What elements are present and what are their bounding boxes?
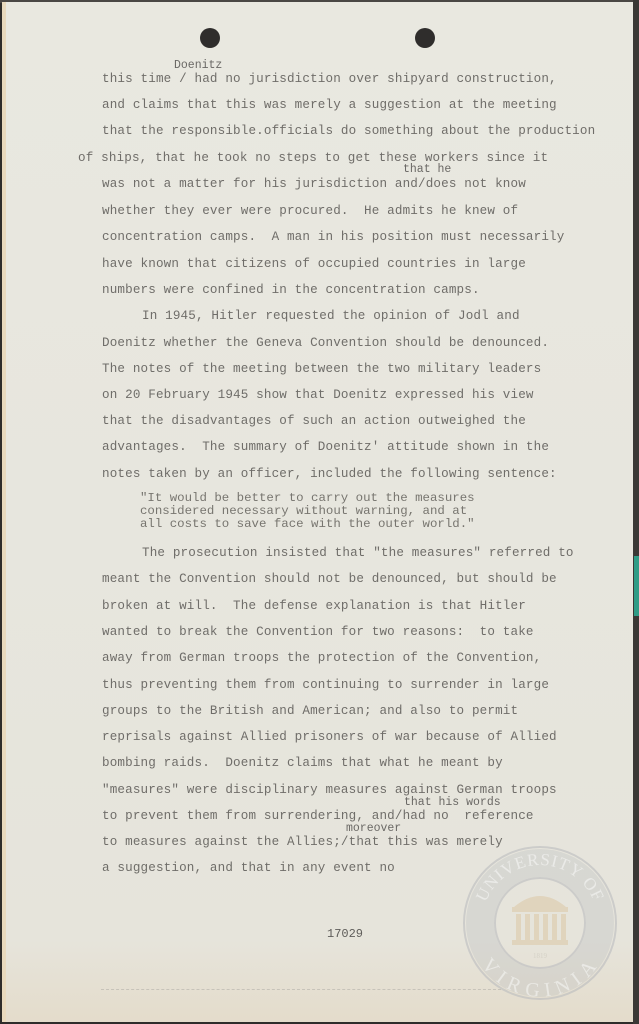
text-line: to prevent them from surrendering, and/h… <box>102 809 534 823</box>
text-line: wanted to break the Convention for two r… <box>102 625 534 639</box>
text-line: meant the Convention should not be denou… <box>102 572 557 586</box>
page-number: 17029 <box>327 927 363 941</box>
binder-hole-left <box>200 28 220 48</box>
scan-right-edge <box>633 0 639 1024</box>
document-page: Doenitz this time / had no jurisdiction … <box>2 2 633 1022</box>
university-seal-watermark: UNIVERSITY OF VIRGINIA 1819 <box>462 845 618 1001</box>
paragraph-start: In 1945, Hitler requested the opinion of… <box>142 309 520 323</box>
text-line: broken at will. The defense explanation … <box>102 599 526 613</box>
text-line: Doenitz whether the Geneva Convention sh… <box>102 336 549 350</box>
text-line: and claims that this was merely a sugges… <box>102 98 557 112</box>
text-line: bombing raids. Doenitz claims that what … <box>102 756 503 770</box>
text-line: of ships, that he took no steps to get t… <box>78 151 548 165</box>
text-line: The notes of the meeting between the two… <box>102 362 541 376</box>
insertion-that-he: that he <box>403 164 451 176</box>
text-line: that the disadvantages of such an action… <box>102 414 526 428</box>
text-line: notes taken by an officer, included the … <box>102 467 557 481</box>
text-line: whether they ever were procured. He admi… <box>102 204 518 218</box>
rotunda-icon <box>512 896 568 945</box>
text-line: groups to the British and American; and … <box>102 704 518 718</box>
text-line: concentration camps. A man in his positi… <box>102 230 564 244</box>
text-line: "measures" were disciplinary measures ag… <box>102 783 557 797</box>
insertion-that-his-words: that his words <box>404 797 501 809</box>
text-line: that the responsible.officials do someth… <box>102 124 595 138</box>
binder-hole-right <box>415 28 435 48</box>
paragraph-start: The prosecution insisted that "the measu… <box>142 546 574 560</box>
block-quote-line: all costs to save face with the outer wo… <box>140 518 475 531</box>
svg-text:1819: 1819 <box>533 952 548 960</box>
insertion-moreover: moreover <box>346 823 401 835</box>
text-line: this time / had no jurisdiction over shi… <box>102 72 557 86</box>
text-line: away from German troops the protection o… <box>102 651 541 665</box>
block-quote-line: "It would be better to carry out the mea… <box>140 492 475 505</box>
text-line: on 20 February 1945 show that Doenitz ex… <box>102 388 534 402</box>
text-line: a suggestion, and that in any event no <box>102 861 395 875</box>
scan-artifact-line <box>101 989 501 991</box>
insertion-doenitz: Doenitz <box>174 60 222 72</box>
text-line: numbers were confined in the concentrati… <box>102 283 480 297</box>
text-line: thus preventing them from continuing to … <box>102 678 549 692</box>
text-line: advantages. The summary of Doenitz' atti… <box>102 440 549 454</box>
text-line: to measures against the Allies;/that thi… <box>102 835 503 849</box>
block-quote-line: considered necessary without warning, an… <box>140 505 467 518</box>
text-line: was not a matter for his jurisdiction an… <box>102 177 526 191</box>
scan-edge-tab <box>634 556 639 616</box>
text-line: have known that citizens of occupied cou… <box>102 257 526 271</box>
text-line: reprisals against Allied prisoners of wa… <box>102 730 557 744</box>
